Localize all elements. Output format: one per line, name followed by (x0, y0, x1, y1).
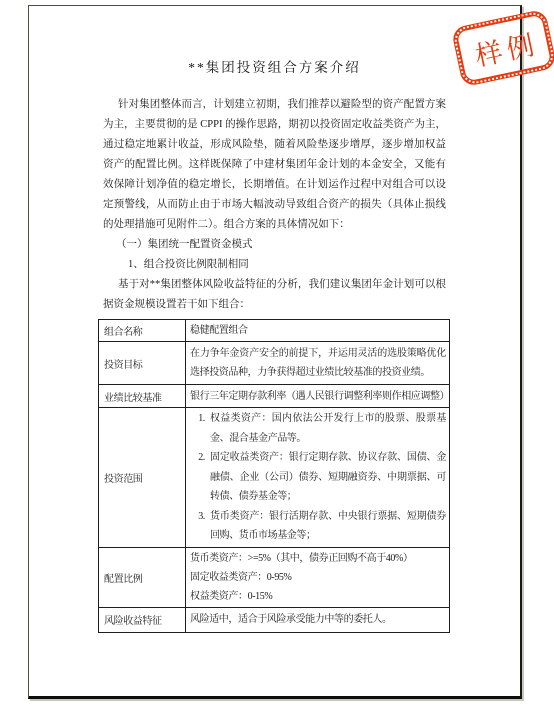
intro-paragraph: 针对集团整体而言，计划建立初期，我们推荐以避险型的资产配置方案为主，主要贯彻的是… (103, 95, 446, 235)
document-page: 样例 **集团投资组合方案介绍 针对集团整体而言，计划建立初期，我们推荐以避险型… (28, 5, 522, 699)
scope-item: 权益类资产：国内依法公开发行上市的股票、股票基金、混合基金产品等。 (207, 409, 446, 448)
row-value: 风险适中，适合于风险承受能力中等的委托人。 (186, 607, 450, 632)
row-value: 稳健配置组合 (186, 320, 450, 342)
row-label: 组合名称 (99, 320, 186, 342)
row-label: 业绩比较基准 (99, 385, 186, 408)
scope-item: 货币类资产：银行活期存款、中央银行票据、短期债券回购、货币市场基金等； (207, 507, 446, 546)
table-row-risk-return: 风险收益特征 风险适中，适合于风险承受能力中等的委托人。 (99, 607, 450, 632)
sample-stamp: 样例 (451, 9, 554, 88)
table-row-allocation-ratio: 配置比例 货币类资产：>=5%（其中，债券正回购不高于40%） 固定收益类资产：… (99, 547, 450, 607)
row-value: 在力争年金资产安全的前提下，并运用灵活的选股策略优化选择投资品种，力争获得超过业… (186, 342, 450, 385)
row-value: 货币类资产：>=5%（其中，债券正回购不高于40%） 固定收益类资产：0-95%… (186, 547, 450, 607)
sub-heading: 1、组合投资比例限制相同 (103, 255, 446, 275)
allocation-line: 货币类资产：>=5%（其中，债券正回购不高于40%） (190, 549, 446, 568)
table-row-benchmark: 业绩比较基准 银行三年定期存款利率（遇人民银行调整利率则作相应调整） (99, 385, 450, 408)
row-label: 投资范围 (99, 408, 186, 548)
row-label: 投资目标 (99, 342, 186, 385)
sample-stamp-text: 样例 (466, 22, 542, 74)
row-label: 配置比例 (99, 547, 186, 607)
row-value: 权益类资产：国内依法公开发行上市的股票、股票基金、混合基金产品等。 固定收益类资… (186, 408, 450, 548)
row-label: 风险收益特征 (99, 607, 186, 632)
row-value: 银行三年定期存款利率（遇人民银行调整利率则作相应调整） (186, 385, 450, 408)
document-canvas: { "stamp": { "text": "样例" }, "colors": {… (0, 0, 554, 707)
page-title: **集团投资组合方案介绍 (103, 58, 446, 78)
scope-list: 权益类资产：国内依法公开发行上市的股票、股票基金、混合基金产品等。 固定收益类资… (190, 409, 446, 546)
scope-item: 固定收益类资产：银行定期存款、协议存款、国债、金融债、企业（公司）债券、短期融资… (207, 448, 446, 507)
portfolio-table: 组合名称 稳健配置组合 投资目标 在力争年金资产安全的前提下，并运用灵活的选股策… (98, 319, 450, 633)
allocation-line: 权益类资产：0-15% (190, 587, 446, 606)
table-row-investment-scope: 投资范围 权益类资产：国内依法公开发行上市的股票、股票基金、混合基金产品等。 固… (99, 408, 450, 548)
table-row-portfolio-name: 组合名称 稳健配置组合 (99, 320, 450, 342)
allocation-line: 固定收益类资产：0-95% (190, 568, 446, 587)
section-heading: （一）集团统一配置资金模式 (103, 235, 446, 255)
table-row-investment-goal: 投资目标 在力争年金资产安全的前提下，并运用灵活的选股策略优化选择投资品种，力争… (99, 342, 450, 385)
lead-in-paragraph: 基于对**集团整体风险收益特征的分析，我们建议集团年金计划可以根据资金规模设置若… (103, 275, 446, 315)
